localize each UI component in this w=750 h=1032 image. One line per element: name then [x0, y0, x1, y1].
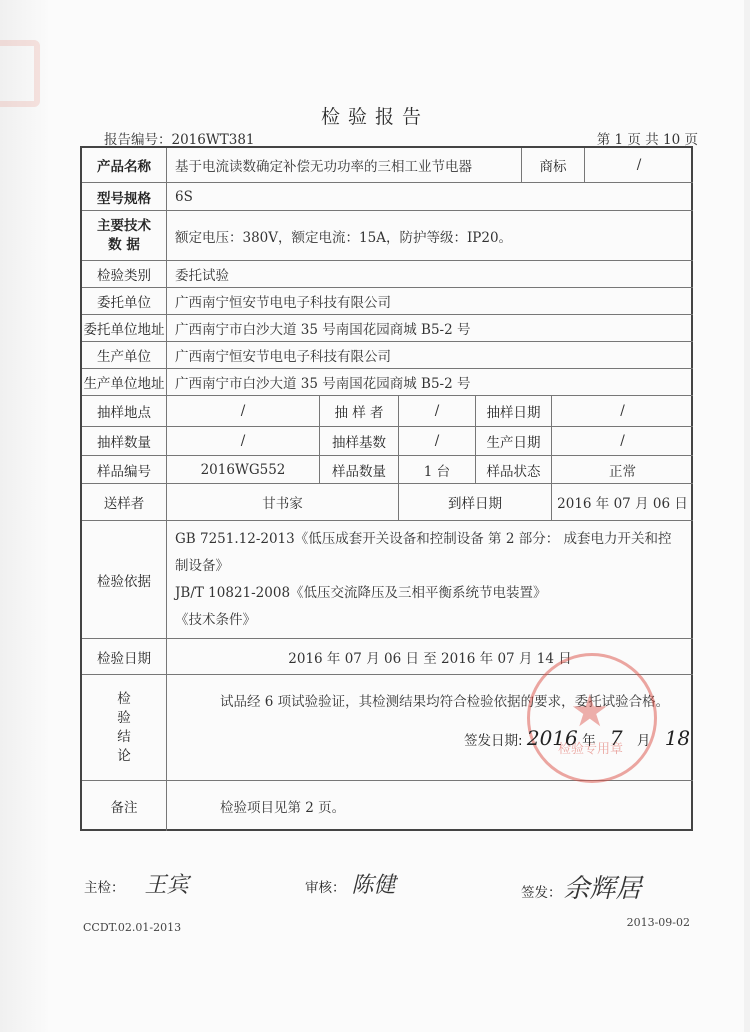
issue-day-handwritten: 18: [665, 726, 690, 750]
trademark-value: /: [585, 148, 693, 183]
sampling-place-label: 抽样地点: [82, 396, 167, 427]
sample-number-value: 2016WG552: [167, 456, 320, 484]
scan-right-edge: [744, 0, 750, 1032]
sample-status-value: 正常: [552, 456, 693, 484]
arrival-date-label: 到样日期: [399, 484, 552, 521]
scan-left-margin: [0, 0, 48, 1032]
remarks-value: 检验项目见第 2 页。: [220, 796, 345, 816]
basis-line-1: GB 7251.12-2013《低压成套开关设备和控制设备 第 2 部分： 成套…: [175, 526, 672, 553]
inspection-type-label: 检验类别: [82, 261, 167, 288]
basis-label: 检验依据: [82, 521, 167, 639]
basis-line-4: 《技术条件》: [175, 607, 256, 634]
sampling-base-value: /: [399, 427, 476, 456]
inspector-signature: 主检：王宾: [84, 868, 189, 899]
product-name-value: 基于电流读数确定补偿无功功率的三相工业节电器: [167, 148, 522, 183]
form-code: CCDT.02.01-2013: [83, 921, 181, 934]
sampler-label: 抽 样 者: [320, 396, 399, 427]
sampling-quantity-label: 抽样数量: [82, 427, 167, 456]
sample-status-label: 样品状态: [476, 456, 552, 484]
document-title: 检验报告: [0, 102, 750, 129]
approver-handwritten: 余辉居: [564, 874, 642, 904]
issue-month-handwritten: 7: [610, 726, 623, 750]
issue-date: 签发日期: 2016 年 7 月 18: [464, 726, 690, 750]
tech-data-label: 主要技术 数 据: [82, 211, 167, 261]
client-address-value: 广西南宁市白沙大道 35 号南国花园商城 B5-2 号: [167, 315, 693, 342]
model-label: 型号规格: [82, 183, 167, 211]
page-info: 第 1 页 共 10 页: [597, 128, 698, 148]
basis-value: GB 7251.12-2013《低压成套开关设备和控制设备 第 2 部分： 成套…: [167, 521, 693, 639]
issue-year-handwritten: 2016: [527, 726, 578, 750]
product-name-label: 产品名称: [82, 148, 167, 183]
inspector-handwritten: 王宾: [145, 873, 189, 898]
tech-data-label-line2: 数 据: [108, 236, 140, 255]
model-value: 6S: [167, 183, 693, 211]
manufacturer-label: 生产单位: [82, 342, 167, 369]
sender-label: 送样者: [82, 484, 167, 521]
conclusion-label-char-2: 验: [117, 709, 131, 728]
month-unit: 月: [637, 733, 651, 749]
sampling-date-value: /: [552, 396, 693, 427]
sampling-base-label: 抽样基数: [320, 427, 399, 456]
remarks-label: 备注: [82, 781, 167, 831]
sample-quantity-label: 样品数量: [320, 456, 399, 484]
inspection-date-label: 检验日期: [82, 639, 167, 675]
tech-data-value: 额定电压：380V，额定电流：15A，防护等级：IP20。: [167, 211, 693, 261]
basis-line-2: 制设备》: [175, 553, 229, 580]
manufacturer-value: 广西南宁恒安节电电子科技有限公司: [167, 342, 693, 369]
basis-line-3: JB/T 10821-2008《低压交流降压及三相平衡系统节电装置》: [175, 580, 547, 607]
sampling-date-label: 抽样日期: [476, 396, 552, 427]
tech-data-label-line1: 主要技术: [97, 217, 151, 236]
reviewer-handwritten: 陈健: [352, 873, 396, 898]
sampling-place-value: /: [167, 396, 320, 427]
client-value: 广西南宁恒安节电电子科技有限公司: [167, 288, 693, 315]
reviewer-signature: 审核：陈健: [305, 868, 396, 899]
approver-label: 签发：: [521, 885, 562, 901]
sampler-value: /: [399, 396, 476, 427]
sample-number-label: 样品编号: [82, 456, 167, 484]
approver-signature: 签发：余辉居: [521, 868, 642, 905]
conclusion-label-char-4: 论: [117, 747, 131, 766]
client-address-label: 委托单位地址: [82, 315, 167, 342]
production-date-value: /: [552, 427, 693, 456]
trademark-label: 商标: [522, 148, 585, 183]
arrival-date-value: 2016 年 07 月 06 日: [552, 484, 693, 521]
inspector-label: 主检：: [84, 880, 125, 896]
reviewer-label: 审核：: [305, 880, 346, 896]
inspection-seal-stamp: ★ 检验专用章: [527, 653, 657, 783]
sender-value: 甘书家: [167, 484, 399, 521]
form-date: 2013-09-02: [627, 916, 690, 929]
year-unit: 年: [582, 733, 596, 749]
production-date-label: 生产日期: [476, 427, 552, 456]
manufacturer-address-label: 生产单位地址: [82, 369, 167, 396]
sampling-quantity-value: /: [167, 427, 320, 456]
faded-bleed-stamp: [0, 40, 40, 107]
sample-quantity-value: 1 台: [399, 456, 476, 484]
manufacturer-address-value: 广西南宁市白沙大道 35 号南国花园商城 B5-2 号: [167, 369, 693, 396]
conclusion-label-char-3: 结: [117, 728, 131, 747]
conclusion-label: 检 验 结 论: [82, 675, 167, 781]
client-label: 委托单位: [82, 288, 167, 315]
report-number: 报告编号：2016WT381: [104, 128, 255, 148]
inspection-type-value: 委托试验: [167, 261, 693, 288]
conclusion-label-char-1: 检: [117, 690, 131, 709]
issue-date-label: 签发日期:: [464, 733, 523, 749]
